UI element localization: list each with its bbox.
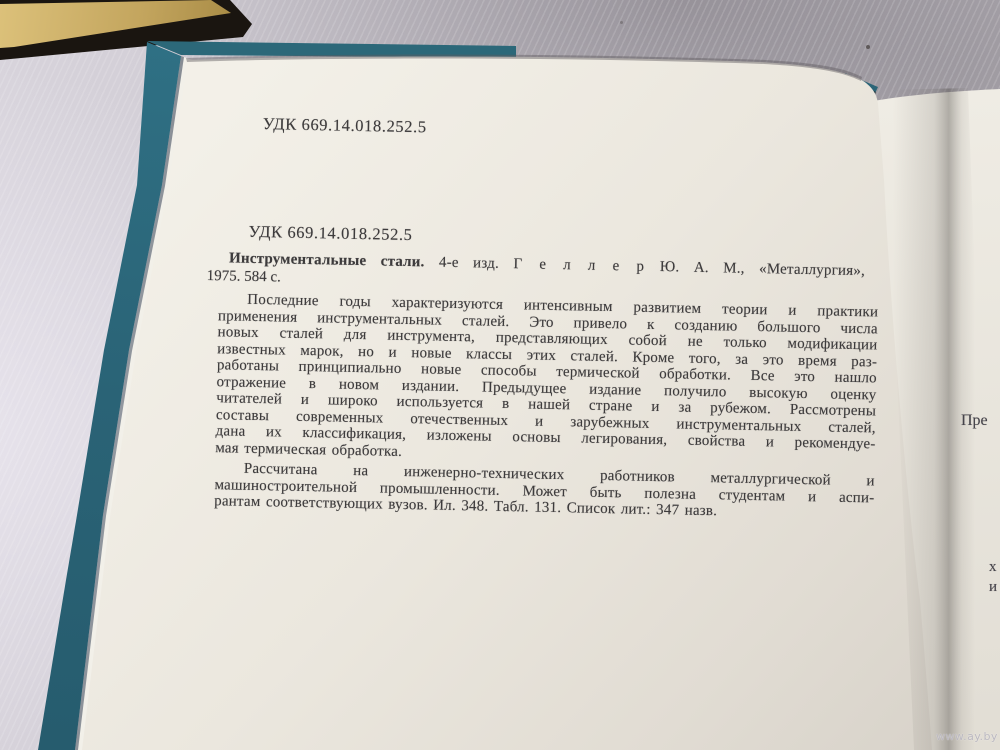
imprint-text-block: УДК 669.14.018.252.5 УДК 669.14.018.252.… [201, 113, 899, 557]
site-watermark: www.ay.by [936, 730, 998, 743]
author-initials: Ю. А. [660, 259, 709, 276]
book-title: Инструментальные стали. [229, 250, 425, 270]
audience-paragraph: Рассчитана на инженерно-технических рабо… [214, 460, 875, 523]
dust-speck [620, 21, 623, 24]
dust-speck [866, 45, 870, 49]
bibliographic-heading: Инструментальные стали. 4-е изд. Г е л л… [229, 250, 865, 280]
udc-number-top: УДК 669.14.018.252.5 [263, 114, 427, 137]
udc-number-main: УДК 669.14.018.252.5 [248, 222, 412, 245]
right-page-text-fragment: х [989, 559, 997, 576]
author-surname: Г е л л е р [513, 256, 645, 275]
edition-note: 4-е изд. [439, 255, 499, 272]
right-page-text-fragment: Пре [961, 412, 988, 430]
annotation-paragraph: Последние годы характеризуются интенсивн… [215, 291, 878, 470]
right-page-text-fragment: и [989, 579, 997, 596]
photo-scene: УДК 669.14.018.252.5 УДК 669.14.018.252.… [0, 0, 1000, 750]
city-publisher: М., «Металлургия», [723, 260, 865, 279]
year-pages-line: 1975. 584 с. [207, 267, 281, 285]
